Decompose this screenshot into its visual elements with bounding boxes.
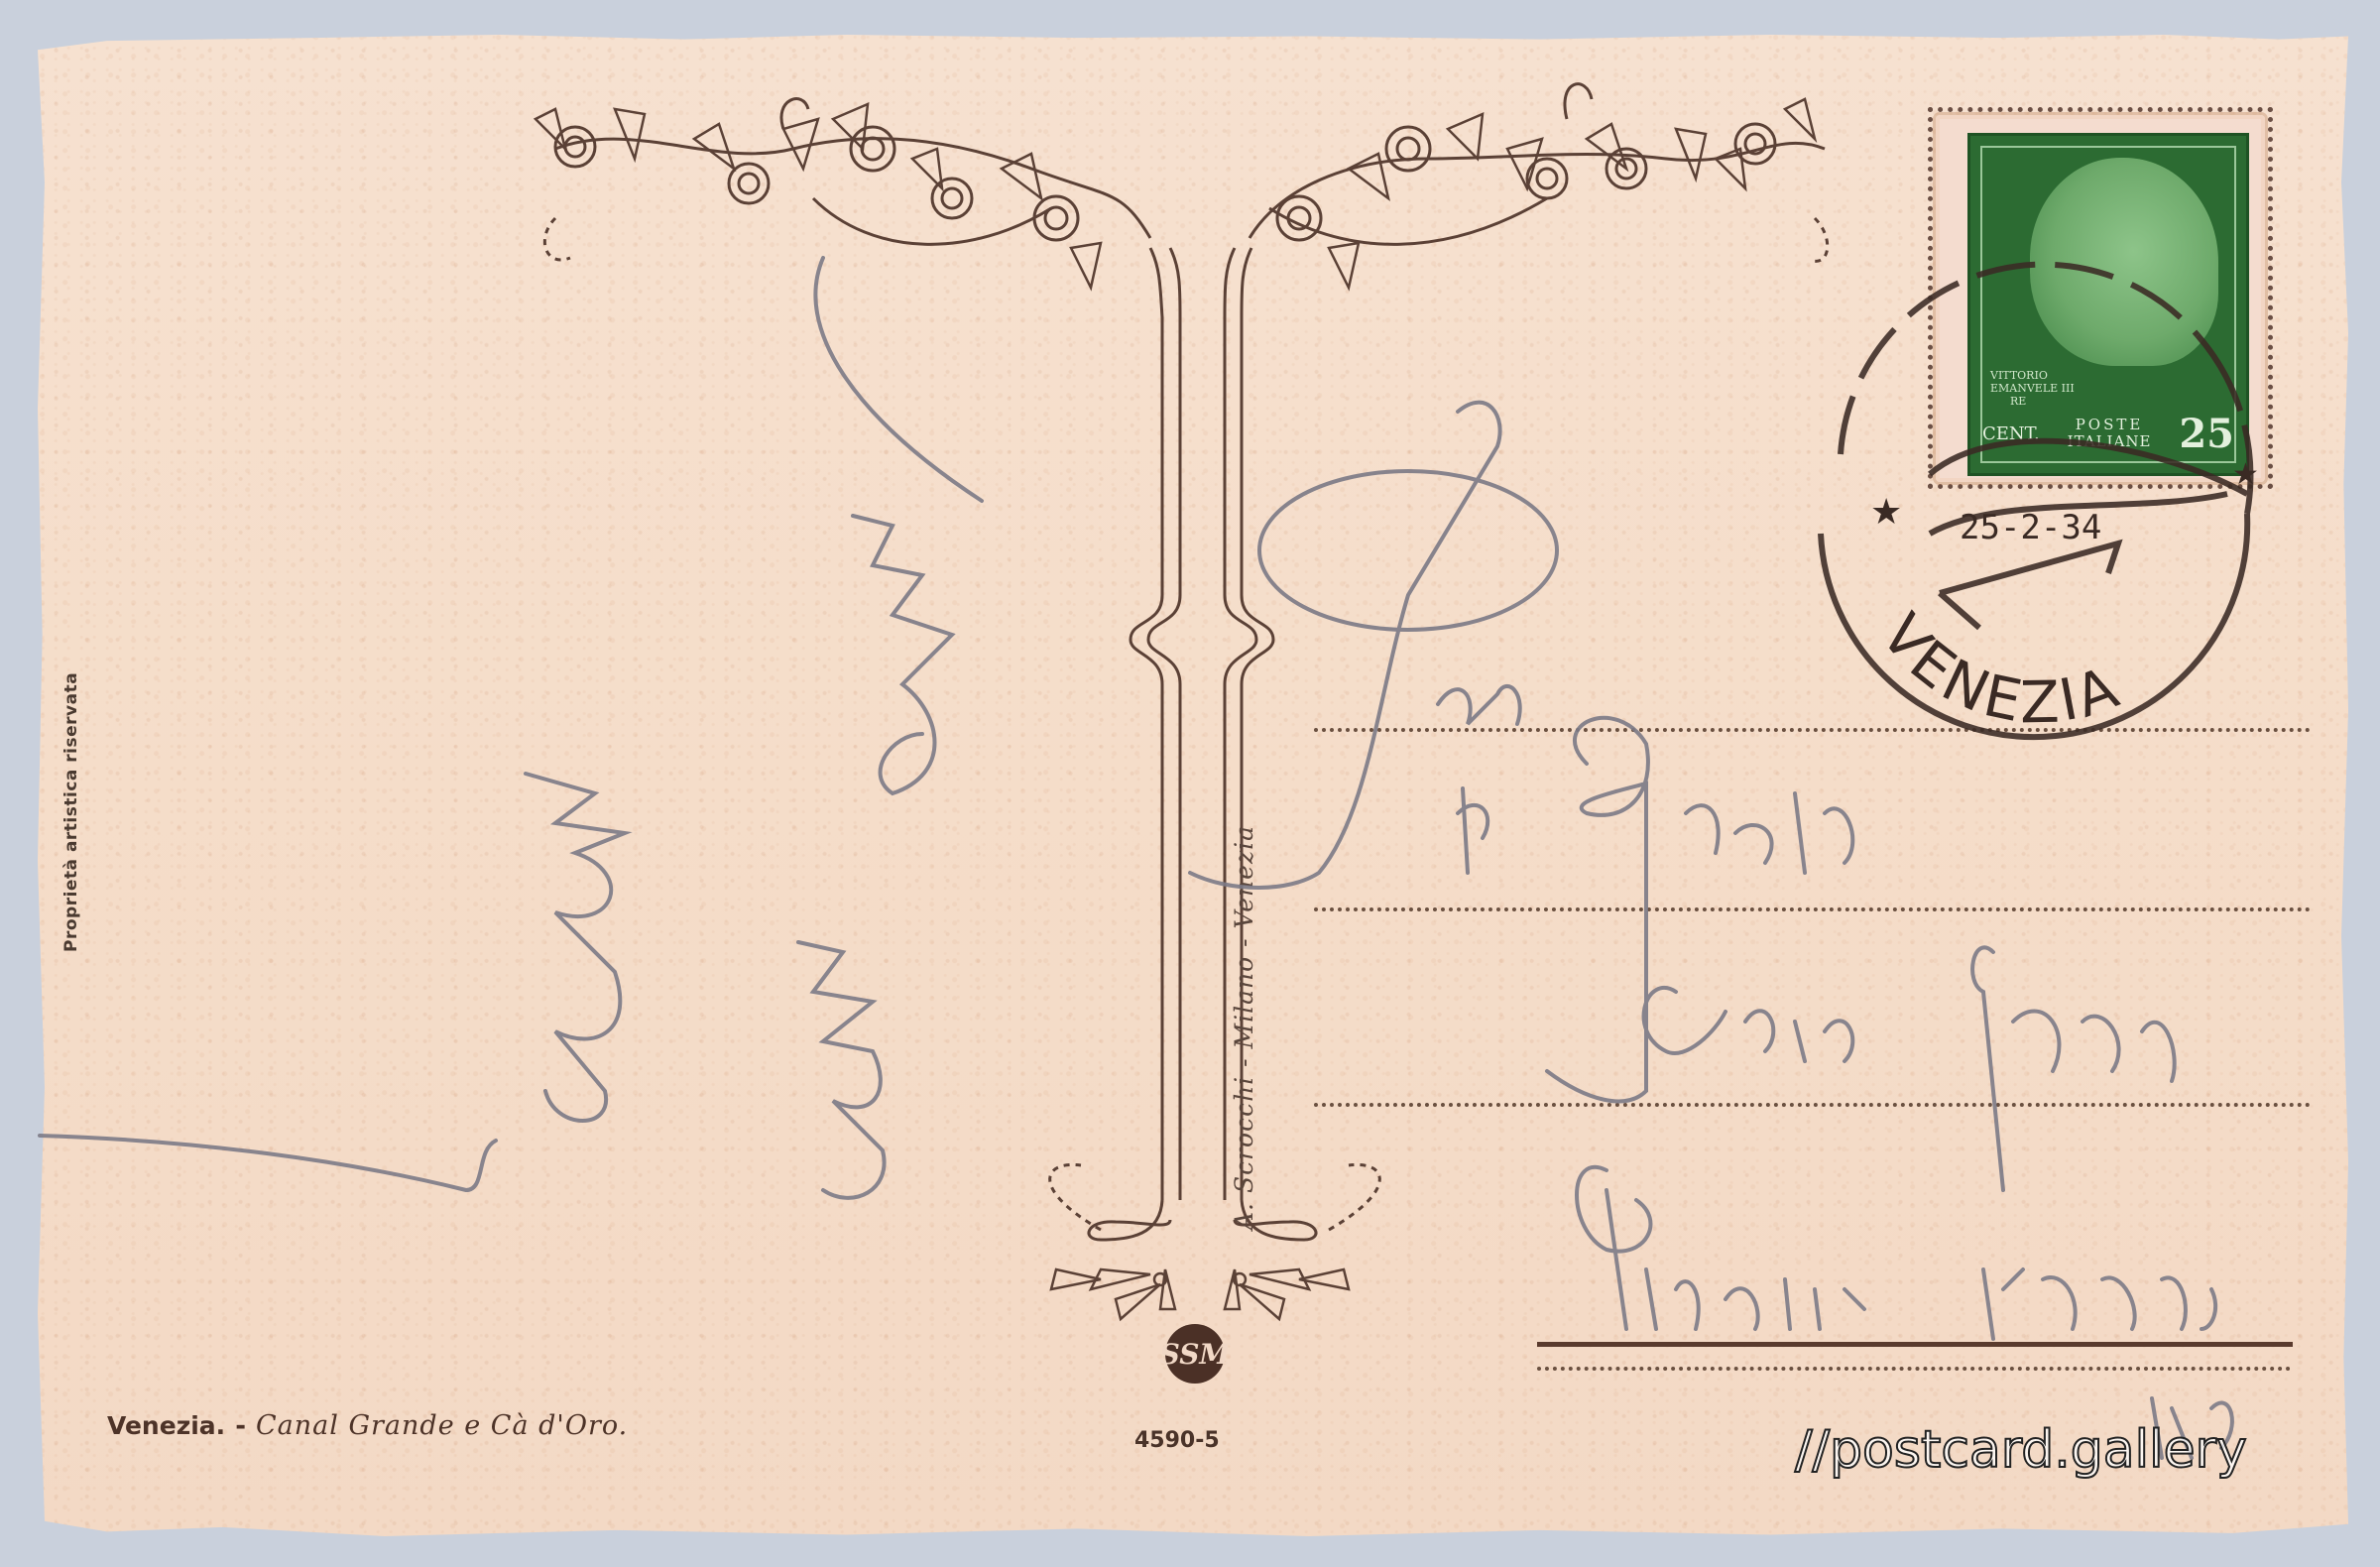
- postcard-caption: Venezia.-Canal Grande e Cà d'Oro.: [107, 1410, 628, 1441]
- caption-place: Venezia.: [107, 1411, 225, 1440]
- stamp-country-line1: POSTE: [2068, 417, 2152, 433]
- king-portrait-icon: [2030, 158, 2218, 366]
- postage-stamp: VITTORIO EMANVELE III RE CENT. POSTE ITA…: [1967, 133, 2249, 476]
- address-line-3: [1314, 1103, 2311, 1107]
- stamp-caption-line: VITTORIO: [1990, 369, 2109, 382]
- stamp-country: POSTE ITALIANE: [2068, 417, 2152, 450]
- stamp-denomination-unit: CENT.: [1982, 423, 2040, 444]
- caption-subject: Canal Grande e Cà d'Oro.: [256, 1410, 628, 1441]
- stamp-bottom-band: CENT. POSTE ITALIANE 25: [1982, 406, 2234, 461]
- publisher-logo-monogram: SSM: [1160, 1338, 1231, 1371]
- watermark-text: //postcard.gallery: [1795, 1420, 2247, 1480]
- copyright-notice: Proprietà artistica riservata: [61, 672, 81, 952]
- address-line-2: [1314, 907, 2311, 911]
- address-line-1: [1314, 728, 2311, 732]
- stamp-denomination-value: 25: [2179, 411, 2234, 457]
- publisher-logo-icon: SSM: [1165, 1324, 1225, 1384]
- address-line-underline: [1537, 1342, 2293, 1347]
- stamp-country-line2: ITALIANE: [2068, 433, 2152, 450]
- address-line-4: [1537, 1367, 2291, 1371]
- caption-separator: -: [235, 1411, 246, 1441]
- publisher-imprint: A. Scrocchi - Milano - Venezia: [1230, 825, 1258, 1230]
- catalog-number: 4590-5: [1134, 1428, 1220, 1453]
- stamp-caption-line: EMANVELE III: [1990, 382, 2109, 395]
- stamp-portrait-caption: VITTORIO EMANVELE III RE: [1990, 369, 2109, 408]
